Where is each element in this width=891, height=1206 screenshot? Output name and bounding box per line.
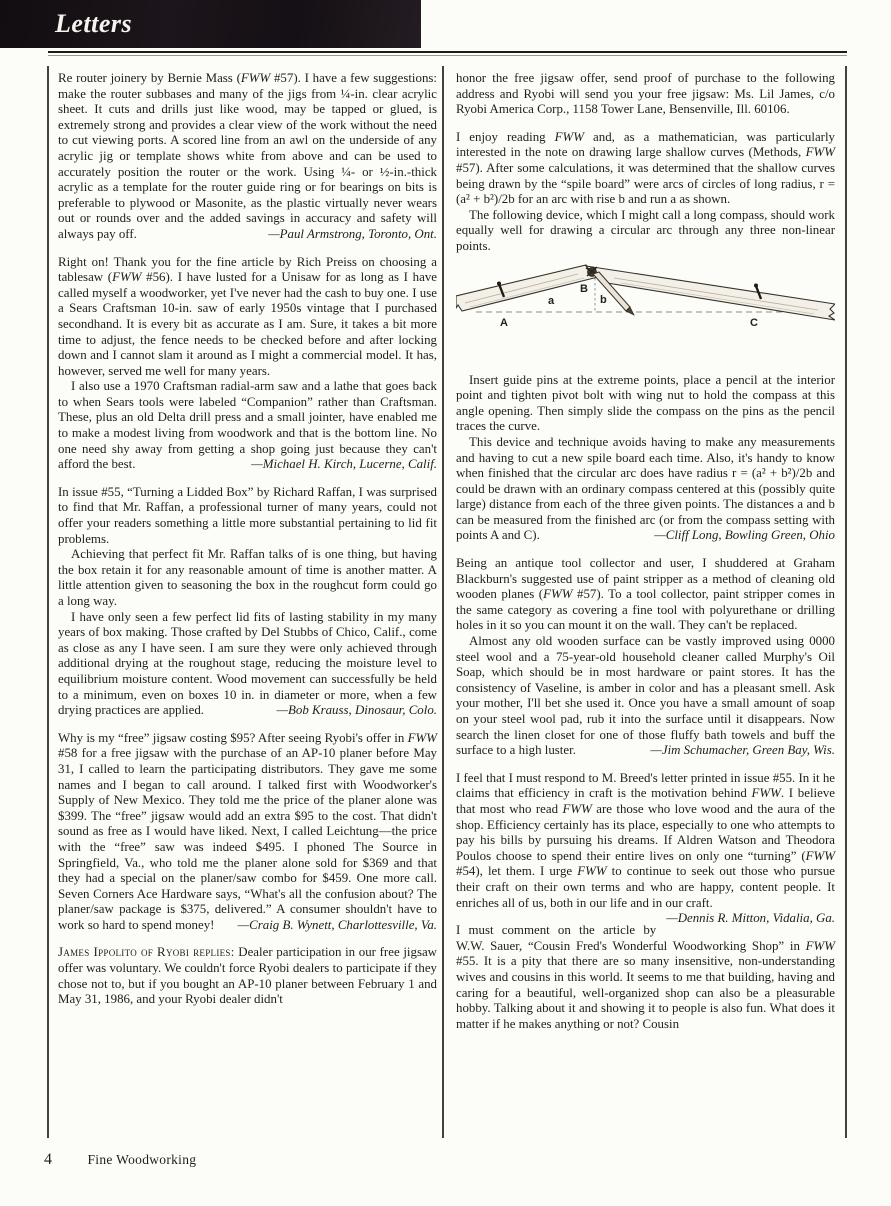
letter-paragraph: Re router joinery by Bernie Mass (FWW #5… bbox=[58, 71, 437, 243]
letter-paragraph: I must comment on the article by W.W. Sa… bbox=[456, 923, 835, 1032]
letter-paragraph: Why is my “free” jigsaw costing $95? Aft… bbox=[58, 731, 437, 934]
magazine-title: Fine Woodworking bbox=[88, 1152, 197, 1168]
letter-attribution: —Paul Armstrong, Toronto, Ont. bbox=[258, 227, 437, 243]
italic-text: FWW bbox=[806, 849, 835, 863]
figure-label-rise-b: b bbox=[600, 294, 607, 306]
letter-attribution: —Craig B. Wynett, Charlottesville, Va. bbox=[228, 918, 437, 934]
center-column-rule bbox=[442, 66, 444, 1138]
page-title: Letters bbox=[55, 9, 132, 39]
letter-paragraph: honor the free jigsaw offer, send proof … bbox=[456, 71, 835, 118]
letter-text: I must comment on the article by W.W. Sa… bbox=[456, 923, 806, 953]
letter-paragraph: Insert guide pins at the extreme points,… bbox=[456, 373, 835, 435]
italic-text: FWW bbox=[408, 731, 437, 745]
italic-text: FWW bbox=[577, 864, 606, 878]
italic-text: FWW bbox=[806, 145, 835, 159]
italic-text: FWW bbox=[752, 786, 781, 800]
italic-text: FWW bbox=[806, 939, 835, 953]
letter-paragraph: I also use a 1970 Craftsman radial-arm s… bbox=[58, 379, 437, 473]
letter-paragraph: This device and technique avoids having … bbox=[456, 435, 835, 544]
section-header-bar: Letters bbox=[0, 0, 421, 48]
header-divider-thin-line bbox=[48, 55, 847, 56]
italic-text: FWW bbox=[112, 270, 141, 284]
letter-paragraph: I feel that I must respond to M. Breed's… bbox=[456, 771, 835, 911]
letter-paragraph: I enjoy reading FWW and, as a mathematic… bbox=[456, 130, 835, 208]
letter-text: honor the free jigsaw offer, send proof … bbox=[456, 71, 835, 116]
smallcaps-reply-lead: James Ippolito of Ryobi replies: bbox=[58, 945, 235, 959]
letter-paragraph: I have only seen a few perfect lid fits … bbox=[58, 610, 437, 719]
left-board bbox=[456, 265, 598, 311]
letter-paragraph: The following device, which I might call… bbox=[456, 208, 835, 255]
letter-attribution: —Bob Krauss, Dinosaur, Colo. bbox=[254, 703, 437, 719]
letter-paragraph: Right on! Thank you for the fine article… bbox=[58, 255, 437, 380]
letter-paragraph: Achieving that perfect fit Mr. Raffan ta… bbox=[58, 547, 437, 609]
letter-text: #57). After some calculations, it was de… bbox=[456, 161, 835, 206]
italic-text: FWW bbox=[555, 130, 584, 144]
letters-column-right: honor the free jigsaw offer, send proof … bbox=[456, 71, 835, 1032]
letter-attribution: —Michael H. Kirch, Lucerne, Calif. bbox=[228, 457, 437, 473]
letter-text: I enjoy reading bbox=[456, 130, 555, 144]
letter-text: Almost any old wooden surface can be vas… bbox=[456, 634, 835, 757]
letter-text: Why is my “free” jigsaw costing $95? Aft… bbox=[58, 731, 408, 745]
letter-text: #58 for a free jigsaw with the purchase … bbox=[58, 746, 437, 932]
letter-text: #56). I have lusted for a Unisaw for as … bbox=[58, 270, 437, 378]
letter-text: This device and technique avoids having … bbox=[456, 435, 835, 543]
letter-attribution: —Jim Schumacher, Green Bay, Wis. bbox=[627, 743, 835, 759]
letter-text: The following device, which I might call… bbox=[456, 208, 835, 253]
letter-attribution: —Cliff Long, Bowling Green, Ohio bbox=[631, 528, 835, 544]
letter-paragraph: Being an antique tool collector and user… bbox=[456, 556, 835, 634]
letters-column-right-bottom: Insert guide pins at the extreme points,… bbox=[456, 373, 835, 1033]
magazine-page: Letters Re router joinery by Bernie Mass… bbox=[0, 0, 891, 1206]
letter-paragraph: Almost any old wooden surface can be vas… bbox=[456, 634, 835, 759]
italic-text: FWW bbox=[543, 587, 572, 601]
letter-attribution: —Dennis R. Mitton, Vidalia, Ga. bbox=[656, 911, 835, 927]
figure-label-point-b: B bbox=[580, 283, 588, 295]
right-column-rule bbox=[845, 66, 847, 1138]
letters-column-right-top: honor the free jigsaw offer, send proof … bbox=[456, 71, 835, 255]
left-column-rule bbox=[47, 66, 49, 1138]
long-compass-illustration: A a B b C bbox=[456, 263, 835, 367]
letter-text: In issue #55, “Turning a Lidded Box” by … bbox=[58, 485, 437, 546]
italic-text: FWW bbox=[241, 71, 270, 85]
header-divider bbox=[48, 51, 847, 56]
page-number: 4 bbox=[44, 1151, 53, 1169]
header-divider-thick-line bbox=[48, 51, 847, 53]
letter-text: #55. It is a pity that there are so many… bbox=[456, 954, 835, 1030]
figure-label-point-a: A bbox=[500, 317, 508, 329]
figure-label-point-c: C bbox=[750, 317, 758, 329]
letter-text: Achieving that perfect fit Mr. Raffan ta… bbox=[58, 547, 437, 608]
letter-paragraph: James Ippolito of Ryobi replies: Dealer … bbox=[58, 945, 437, 1007]
figure-label-run-a: a bbox=[548, 295, 555, 307]
letter-text: #54), let them. I urge bbox=[456, 864, 577, 878]
page-footer: 4 Fine Woodworking bbox=[44, 1151, 196, 1169]
letter-text: #57). I have a few suggestions: make the… bbox=[58, 71, 437, 241]
letter-text: Re router joinery by Bernie Mass ( bbox=[58, 71, 241, 85]
letter-text: I have only seen a few perfect lid fits … bbox=[58, 610, 437, 718]
letters-column-left: Re router joinery by Bernie Mass (FWW #5… bbox=[58, 71, 437, 1008]
letter-paragraph: In issue #55, “Turning a Lidded Box” by … bbox=[58, 485, 437, 547]
letter-text: Insert guide pins at the extreme points,… bbox=[456, 373, 835, 434]
long-compass-figure: A a B b C bbox=[456, 263, 835, 367]
italic-text: FWW bbox=[562, 802, 591, 816]
